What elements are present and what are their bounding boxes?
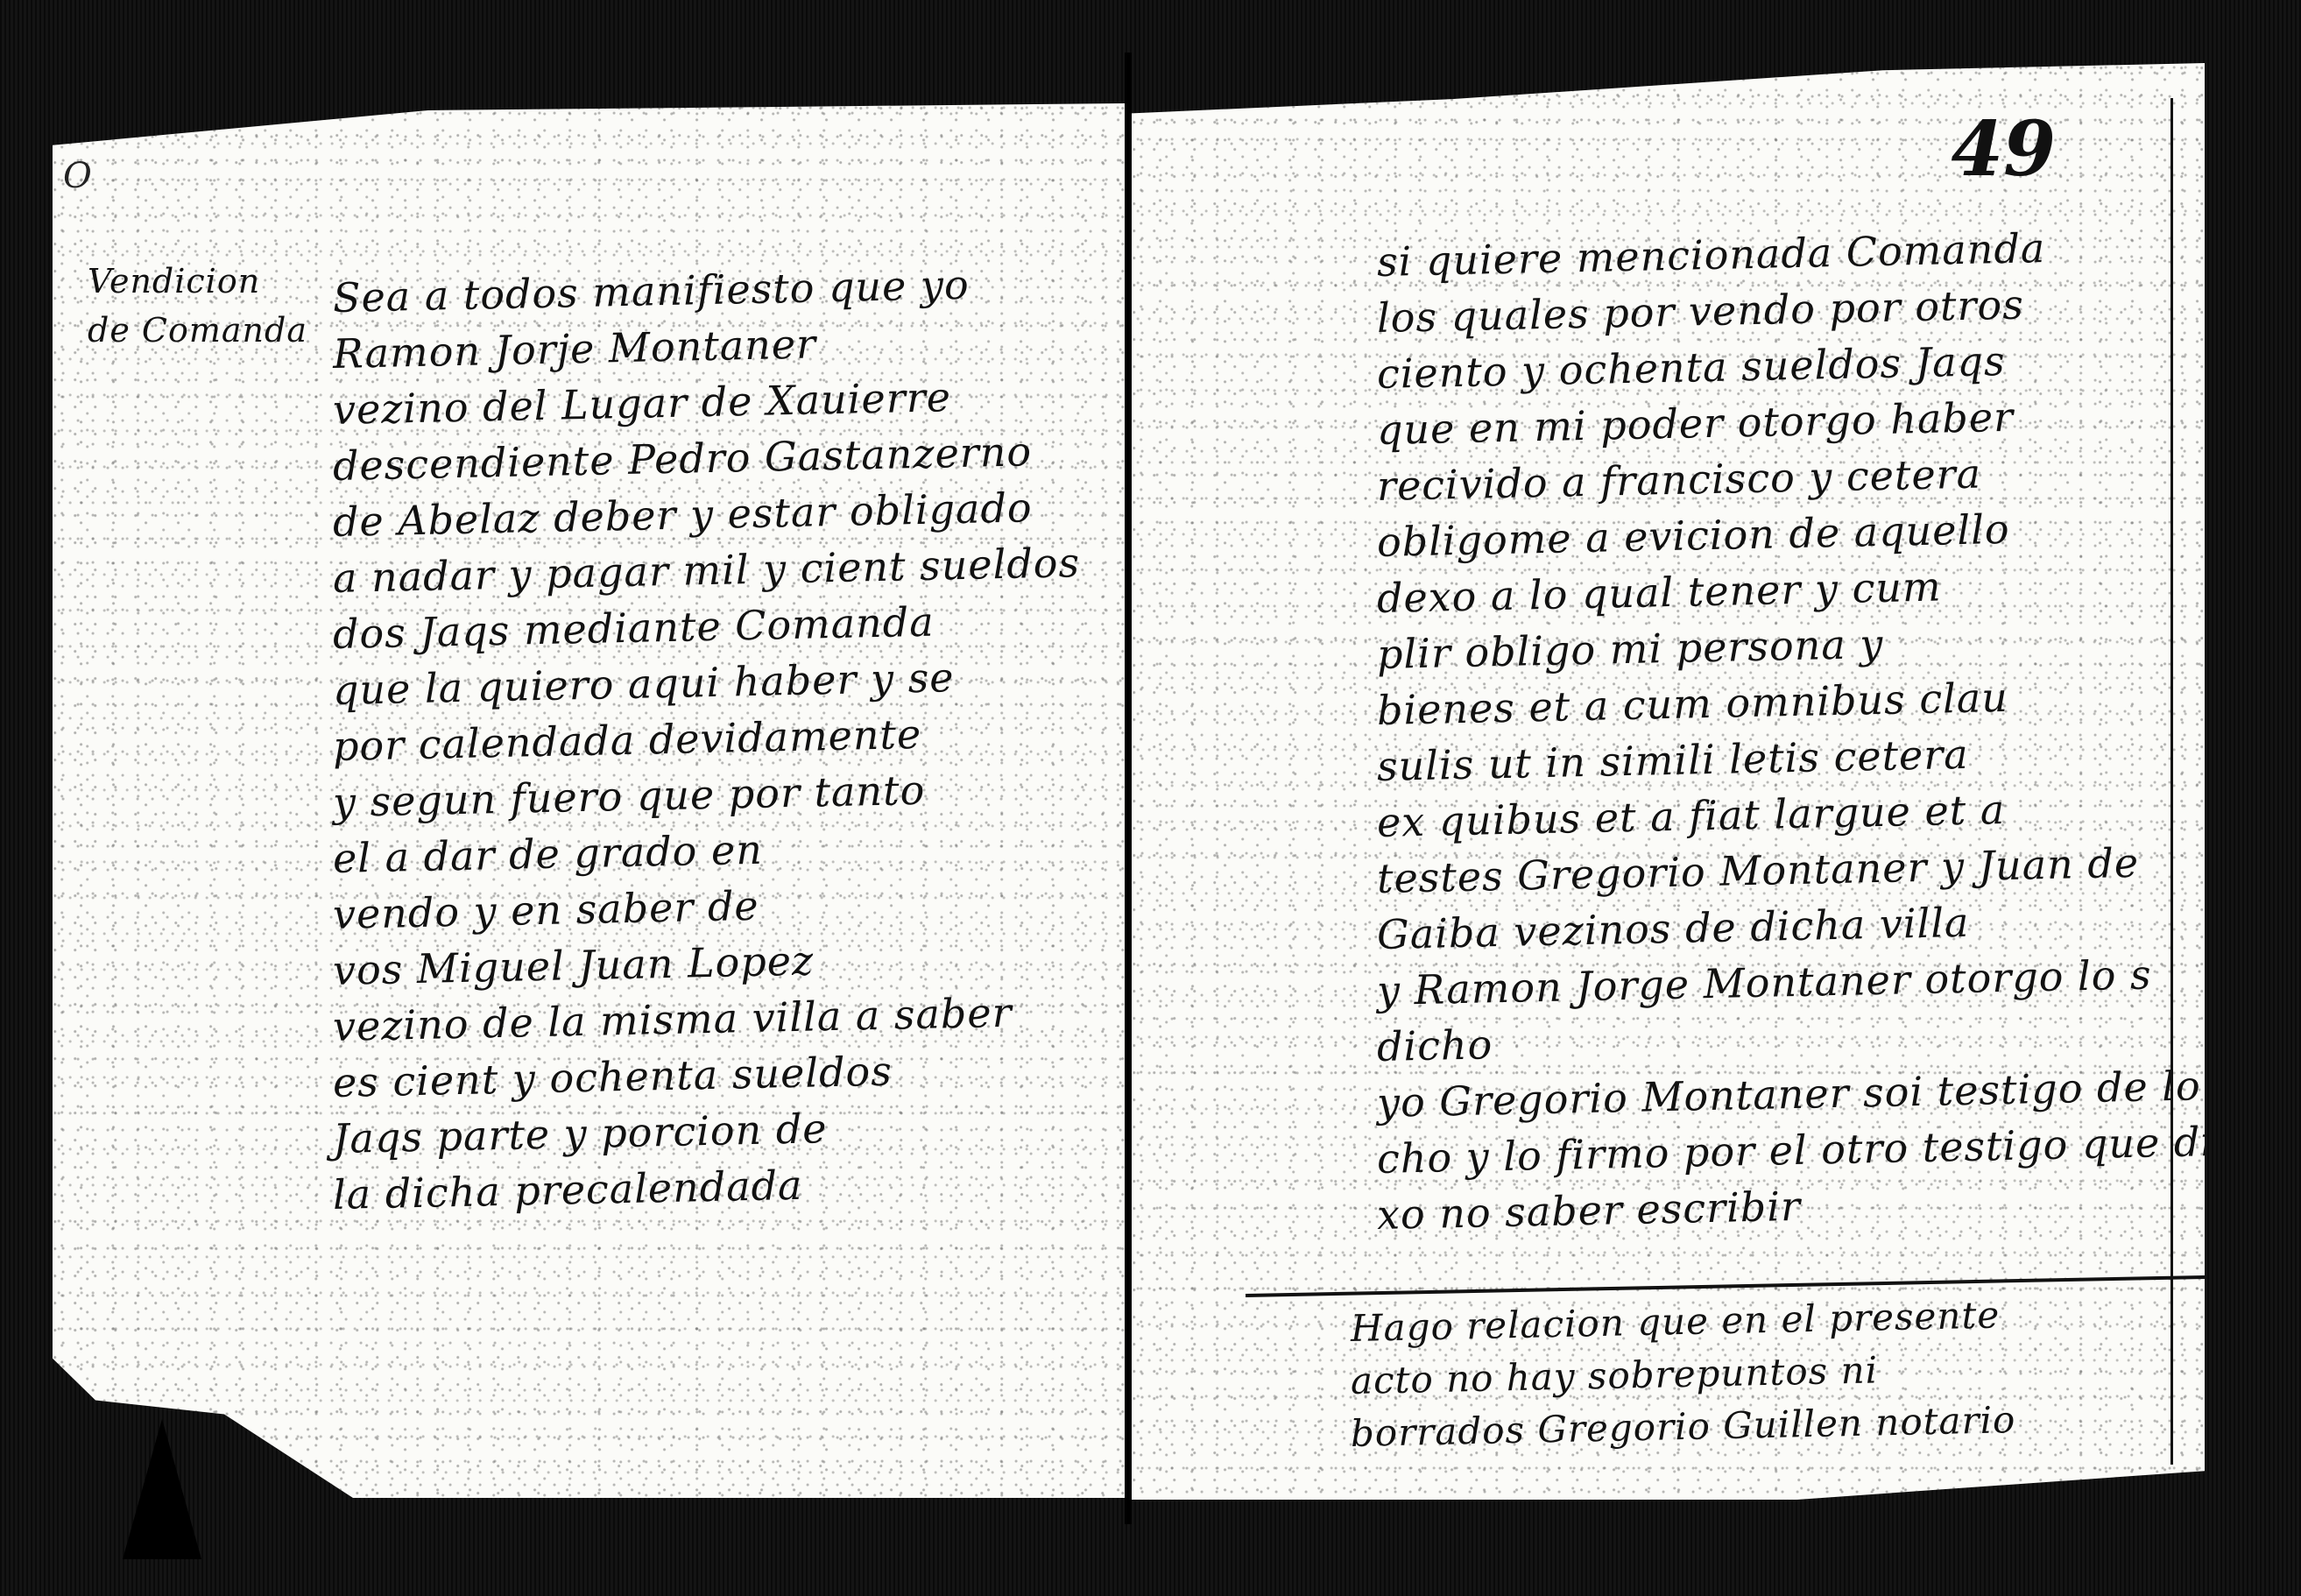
left-page: O Vendicion de Comanda Sea a todos manif… [53,103,1126,1498]
left-page-text: Sea a todos manifiesto que yo Ramon Jorj… [333,270,1080,1223]
folio-number: 49 [1951,105,2056,194]
margin-note: Vendicion de Comanda [88,257,307,355]
margin-note-line: de Comanda [88,306,307,355]
shadow-artifact [123,1419,201,1559]
notary-note: Hago relacion que en el presente acto no… [1351,1303,2015,1460]
right-page: 49 si quiere mencionada Comanda los qual… [1132,63,2205,1500]
corner-mark: O [63,156,93,196]
margin-note-line: Vendicion [88,257,307,306]
page-gutter [1125,53,1132,1524]
right-page-text: si quiere mencionada Comanda los quales … [1377,234,2205,1243]
